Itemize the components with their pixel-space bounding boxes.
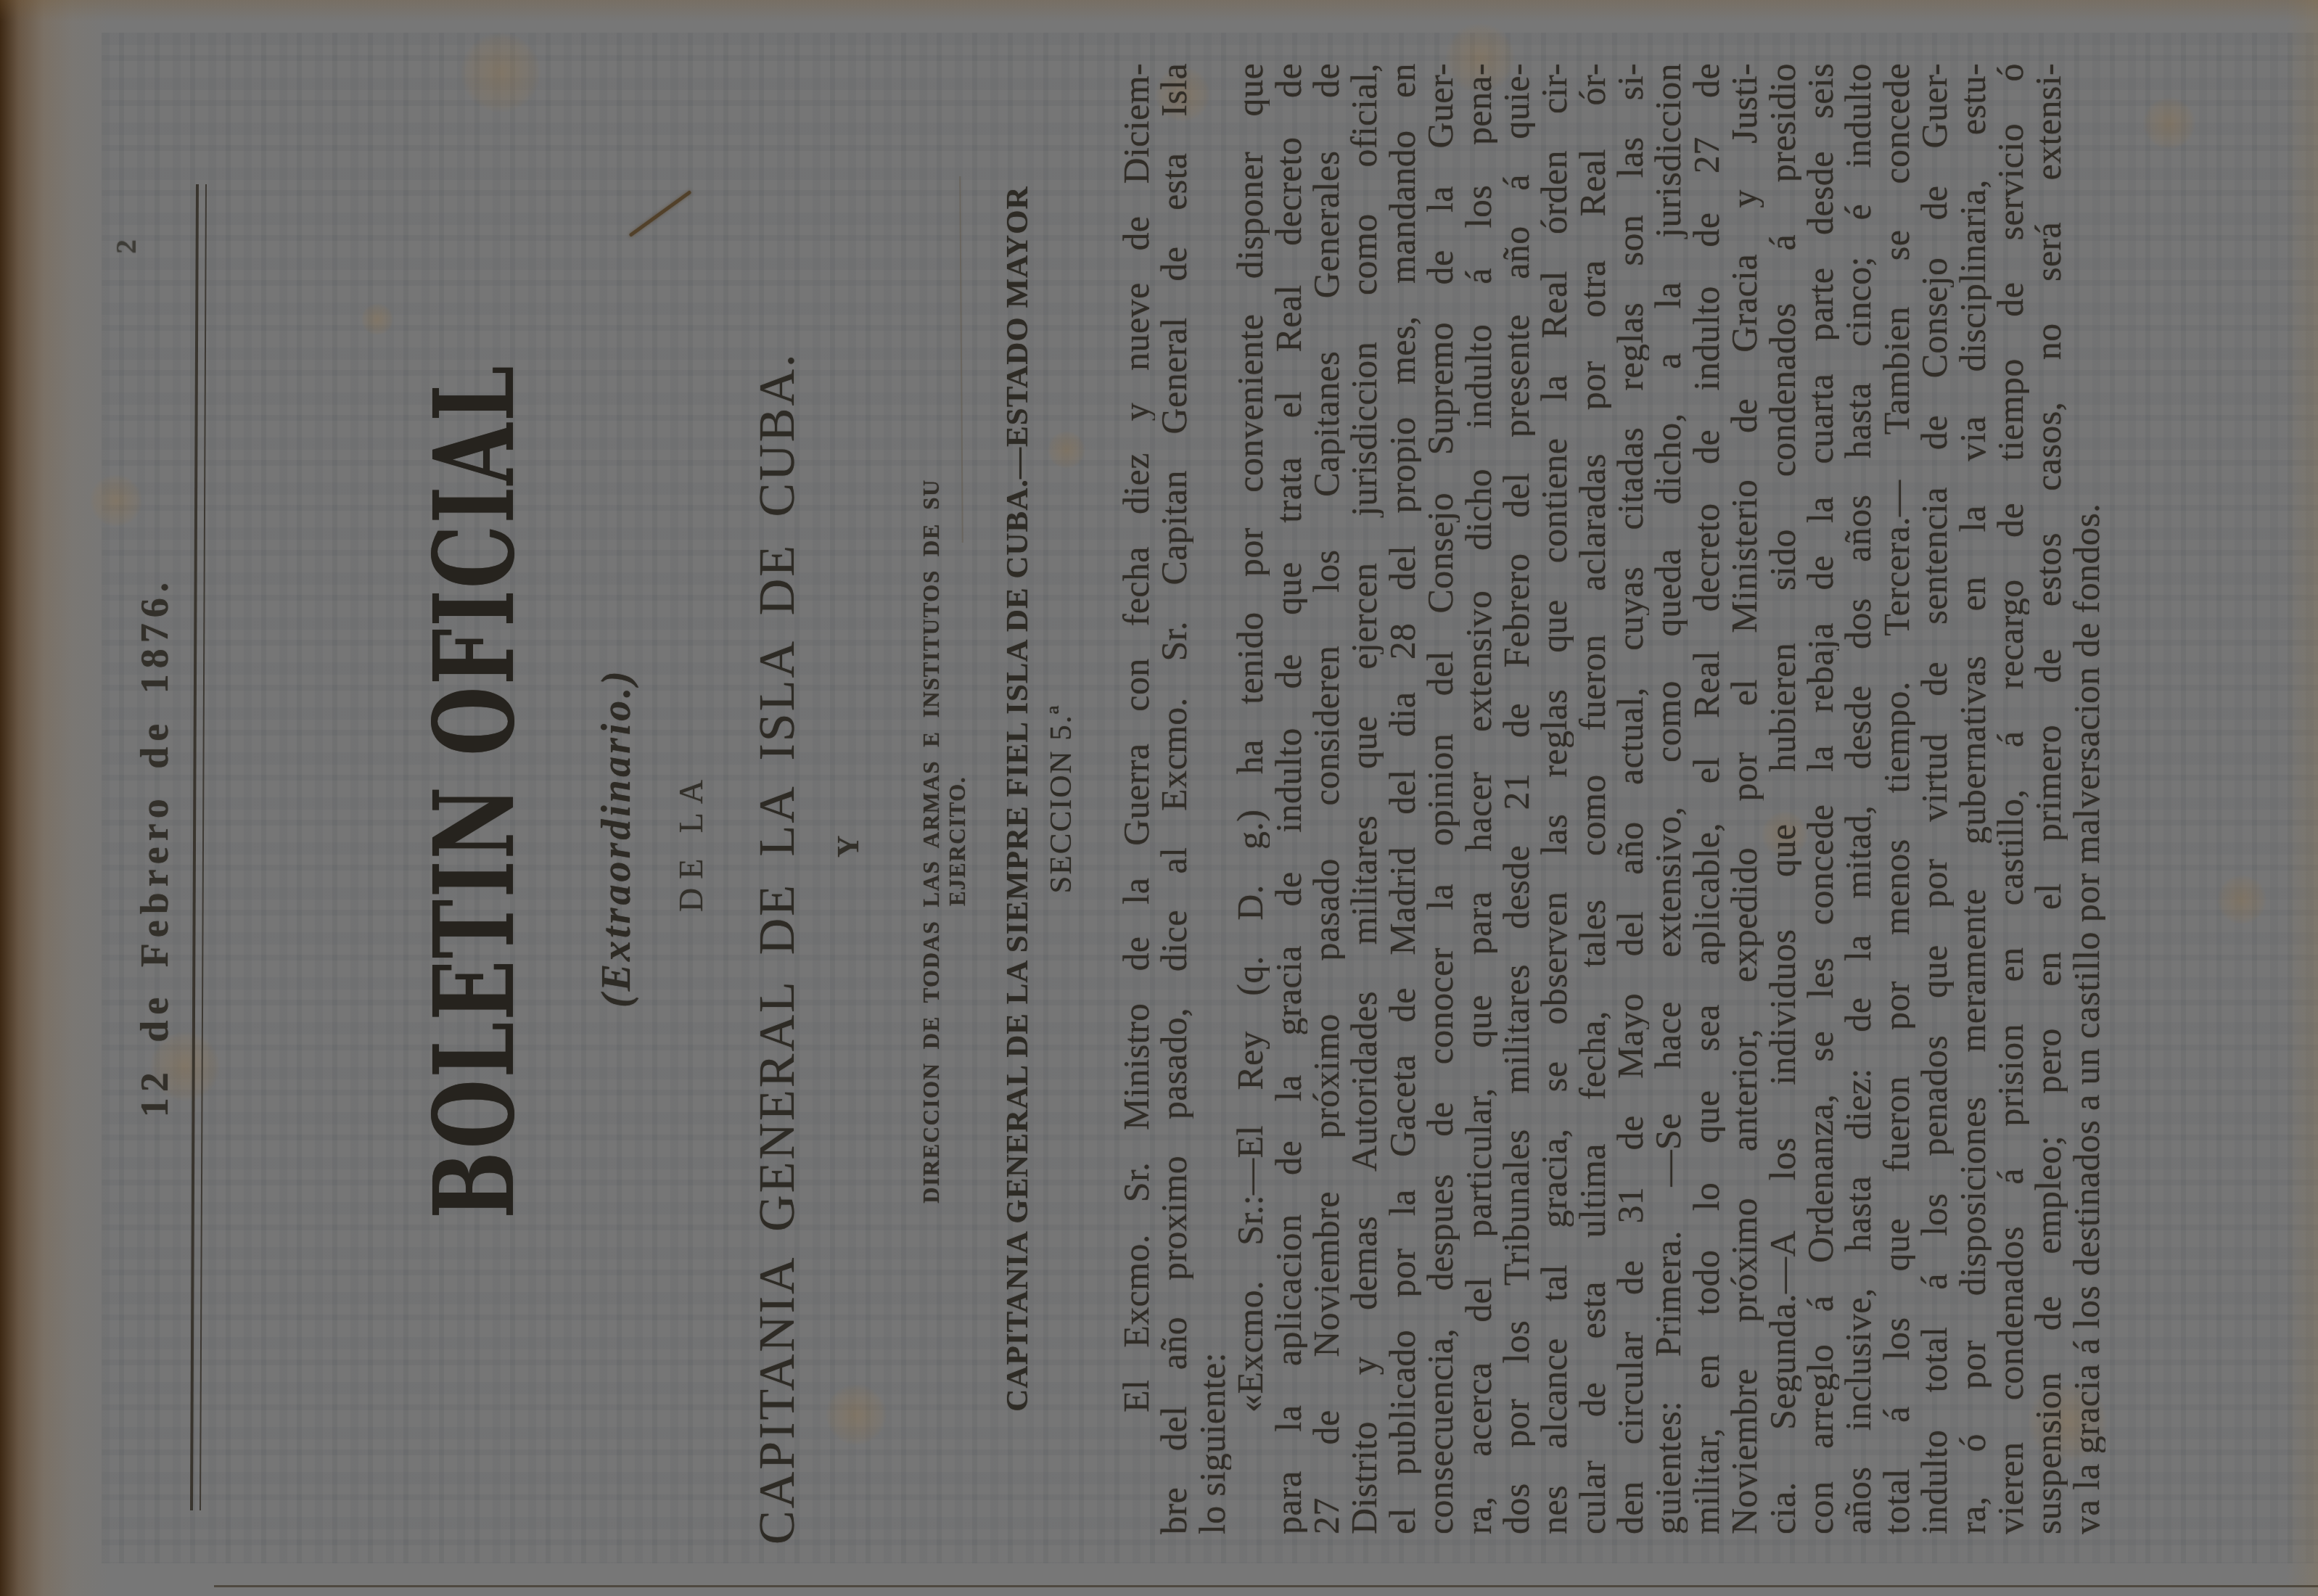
reading-surface: 2 12 de Febrero de 1876. BOLETIN OFICIAL… (0, 0, 2318, 1596)
article-line: Distrito y demas Autoridades militares q… (1345, 63, 1383, 1534)
masthead-direction-line: DIRECCION DE TODAS LAS ARMAS E INSTITUTO… (918, 426, 971, 1256)
article-line: con arreglo á Ordenanza, se les concede … (1801, 63, 1839, 1534)
article-body: El Excmo. Sr. Ministro de la Guerra con … (1117, 63, 2105, 1534)
masthead-of-the: DE LA (672, 769, 710, 914)
article-line: para la aplicacion de la gracia de indul… (1270, 63, 1307, 1534)
article-line: cular de esta ultima fecha, tales como f… (1574, 63, 1611, 1534)
article-line: cia. Segunda.—A los individuos que hubie… (1764, 63, 1801, 1534)
article-line: militar, en todo lo que sea aplicable, e… (1688, 63, 1725, 1534)
article-line: guientes: Primera. —Se hace extensivo, c… (1649, 63, 1687, 1534)
article-line: indulto total á los penados que por virt… (1915, 63, 1953, 1534)
article-line: 27 de Noviembre próximo pasado considere… (1307, 63, 1345, 1534)
article-line: el publicado por la Gaceta de Madrid del… (1384, 63, 1421, 1534)
scanned-page: 2 12 de Febrero de 1876. BOLETIN OFICIAL… (0, 0, 2318, 1596)
article-line: dos por los Tribunales militares desde 2… (1497, 63, 1535, 1534)
article-line: nes alcance tal gracia, se observen las … (1535, 63, 1573, 1534)
article-line: ra, acerca del particular, que para hace… (1460, 63, 1497, 1534)
masthead-conjunction: Y (831, 836, 866, 857)
article-line: años inclusive, hasta diez: de la mitad,… (1839, 63, 1877, 1534)
article-line: lo siguiente: (1193, 63, 1231, 1534)
article-line: bre del año proximo pasado, dice al Excm… (1155, 63, 1193, 1534)
article-section: SECCION 5.ª (1043, 63, 1079, 1534)
masthead-title: BOLETIN OFICIAL (419, 32, 530, 1219)
header-double-rule (190, 184, 207, 1510)
masthead-organization: CAPITANIA GENERAL DE LA ISLA DE CUBA. (749, 352, 807, 1544)
article-line: ra, ó por disposiciones meramente gubern… (1954, 63, 1992, 1534)
article-heading: CAPITANIA GENERAL DE LA SIEMPRE FIEL ISL… (1000, 63, 1035, 1534)
article-line: total á los que fueron por menos tiempo.… (1878, 63, 1915, 1534)
article-line: va la gracia á los destinados a un casti… (2068, 63, 2105, 1534)
article-line: den circular de 31 de Mayo del año actua… (1611, 63, 1649, 1534)
article-line: Noviembre próximo anterior, expedido por… (1725, 63, 1763, 1534)
article-line: suspension de empleo; pero en el primero… (2029, 63, 2067, 1534)
masthead-title-text: BOLETIN OFICIAL (419, 364, 530, 1219)
page-number: 2 (109, 239, 143, 254)
article-line: «Excmo. Sr.:—El Rey (q. D. g.) ha tenido… (1231, 63, 1269, 1534)
header-date: 12 de Febrero de 1876. (132, 533, 177, 1161)
article-line: vieren condenados á prision en castillo,… (1992, 63, 2029, 1534)
article-line: consecuencia, despues de conocer la opin… (1421, 63, 1459, 1534)
masthead-edition: (Extraordinario.) (593, 631, 640, 1045)
article-line: El Excmo. Sr. Ministro de la Guerra con … (1117, 63, 1155, 1534)
